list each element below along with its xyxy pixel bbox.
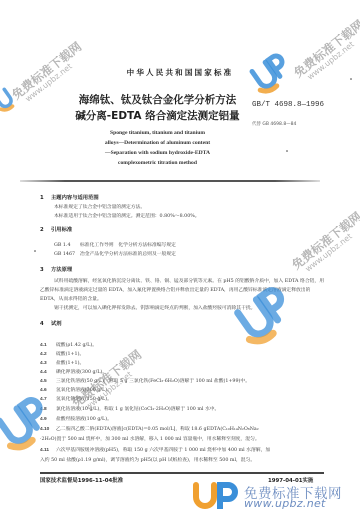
section-number: 3 (40, 267, 51, 273)
reagent-number: 4.9 (40, 417, 56, 422)
standard-code: GB/T 4698.8—1996 (252, 101, 324, 109)
replaces-standard: 代替 GB 4698.8—84 (252, 121, 296, 127)
header-divider (20, 180, 320, 182)
document-title-cn: 海绵钛、钛及钛合金化学分析方法 碱分离-EDTA 络合滴定法测定铝量 (70, 92, 245, 124)
reagent-item: 4.8氯化钴溶液(10 g/L)，称取 1 g 氯化钴(CoCl₂·2H₂O)溶… (40, 405, 219, 412)
reference-item: GB 1.4标准化工作导则 化学分析方法标准编写规定 (54, 241, 176, 248)
title-cn-line: 海绵钛、钛及钛合金化学分析方法 (70, 92, 245, 108)
reagent-text: 盐酸羟胺溶液(100 g/L)。 (56, 417, 112, 422)
reference-code: GB 1467 (54, 252, 80, 257)
reagent-number: 4.10 (40, 427, 56, 432)
section-number: 4 (40, 321, 51, 327)
section-number: 1 (40, 195, 51, 201)
title-cn-line: 碱分离-EDTA 络合滴定法测定铝量 (70, 108, 245, 124)
section-3-paragraph: 锡干扰测定，可以加入碘化钾挥发除去。钒影响滴定终点的判断，加入盐酸羟胺可消除其干… (40, 305, 325, 314)
reagent-number: 4.2 (40, 352, 56, 357)
title-en-line: —Separation with sodium hydroxide-EDTA (70, 148, 245, 158)
reagent-item: 4.2硫酸(1+1)。 (40, 350, 84, 357)
footer-divider (40, 472, 324, 474)
reagent-item: 4.9盐酸羟胺溶液(100 g/L)。 (40, 415, 112, 422)
reagent-text: 氢氧化钠溶液(150 g/L)。 (56, 397, 112, 402)
scan-speck (286, 150, 288, 152)
reference-text: 冶金产品化学分析方法标准的总则及一般规定 (80, 252, 176, 257)
reagent-number: 4.1 (40, 343, 56, 348)
section-1-paragraph: 本标准规定了钛合金中铝含量的测定方法。 (54, 204, 324, 213)
scan-speck (34, 250, 36, 252)
title-en-line: Sponge titanium, titanium and titanium (70, 128, 245, 138)
section-1-paragraph: 本标准适用于钛合金中铝含量的测定。测定范围：0.80%～8.00%。 (54, 213, 324, 222)
title-en-line: alloys—Determination of aluminum content (70, 138, 245, 148)
section-title: 试剂 (51, 321, 62, 327)
reagent-text: 硫酸(1+1)。 (56, 352, 84, 357)
reagent-number: 4.4 (40, 370, 56, 375)
reagent-number: 4.8 (40, 407, 56, 412)
reagent-item: 4.7氢氧化钠溶液(150 g/L)。 (40, 395, 112, 402)
reagent-item: 4.1硫酸(ρ1.42 g/L)。 (40, 341, 97, 348)
reference-text: 标准化工作导则 化学分析方法标准编写规定 (80, 243, 176, 248)
reagent-item: 4.3盐酸(1+1)。 (40, 359, 84, 366)
reference-item: GB 1467冶金产品化学分析方法标准的总则及一般规定 (54, 250, 176, 257)
reagent-item: 4.4碘化钾溶液(300 g/L)。 (40, 368, 107, 375)
section-3-paragraph: 试料用硫酸溶解，经氢氧化钠沉淀分离钛、铁、铬、铜、锰及部分钒等元素。在 pH5 … (40, 278, 325, 304)
reagent-text: 碘化钾溶液(300 g/L)。 (56, 370, 107, 375)
reagent-continuation: 入约 50 ml 盐酸(ρ1.19 g/ml)，调节溶液约为 pH5(以 pH … (40, 456, 255, 463)
reagent-number: 4.7 (40, 397, 56, 402)
reagent-item: 4.11六次甲基四胺缓冲溶液(pH5)，称取 150 g 六次甲基四胺于 1 0… (40, 446, 270, 453)
reagent-text: 氢氧化钠溶液(300 g/L)。 (56, 388, 112, 393)
section-number: 2 (40, 227, 51, 233)
section-1-heading: 1主题内容与适用范围 (40, 193, 99, 201)
section-title: 主题内容与适用范围 (51, 195, 99, 201)
reference-code: GB 1.4 (54, 243, 80, 248)
reagent-number: 4.6 (40, 388, 56, 393)
reagent-continuation: ·2H₂O)置于 500 ml 烧杯中，加 300 ml 水溶解，移入 1 00… (40, 435, 260, 442)
scan-speck (350, 78, 352, 80)
section-2-heading: 2引用标准 (40, 225, 72, 233)
reagent-item: 4.6氢氧化钠溶液(300 g/L)。 (40, 386, 112, 393)
reagent-number: 4.5 (40, 379, 56, 384)
effective-date: 1997-04-01实施 (268, 476, 313, 484)
section-title: 引用标准 (51, 227, 72, 233)
reagent-text: 盐酸(1+1)。 (56, 361, 84, 366)
reagent-text: 六次甲基四胺缓冲溶液(pH5)，称取 150 g 六次甲基四胺于 1 000 m… (56, 448, 270, 453)
section-3-heading: 3方法原理 (40, 265, 72, 273)
reagent-number: 4.11 (40, 448, 56, 453)
reagent-text: 三氯化铁溶液(50 g/L)，称取 5 g 三氯化铁(FeCl₃·6H₂O)溶解… (56, 379, 250, 384)
reagent-text: 硫酸(ρ1.42 g/L)。 (56, 343, 97, 348)
reagent-item: 4.10乙二胺四乙酸二钠(EDTA)溶液[c(EDTA)=0.05 mol/L]… (40, 425, 259, 432)
document-title-en: Sponge titanium, titanium and titanium a… (70, 128, 245, 168)
reagent-number: 4.3 (40, 361, 56, 366)
section-4-heading: 4试剂 (40, 319, 62, 327)
reagent-text: 乙二胺四乙酸二钠(EDTA)溶液[c(EDTA)=0.05 mol/L]，称取 … (56, 427, 259, 432)
reagent-item: 4.5三氯化铁溶液(50 g/L)，称取 5 g 三氯化铁(FeCl₃·6H₂O… (40, 377, 250, 384)
country-standard-label: 中华人民共和国国家标准 (0, 67, 360, 78)
section-title: 方法原理 (51, 267, 72, 273)
title-en-line: complexometric titration method (70, 158, 245, 168)
reagent-text: 氯化钴溶液(10 g/L)，称取 1 g 氯化钴(CoCl₂·2H₂O)溶解于 … (56, 407, 219, 412)
approval-date: 国家技术监督局1996-11-04批准 (40, 476, 123, 484)
document-page: 中华人民共和国国家标准 海绵钛、钛及钛合金化学分析方法 碱分离-EDTA 络合滴… (0, 0, 360, 509)
